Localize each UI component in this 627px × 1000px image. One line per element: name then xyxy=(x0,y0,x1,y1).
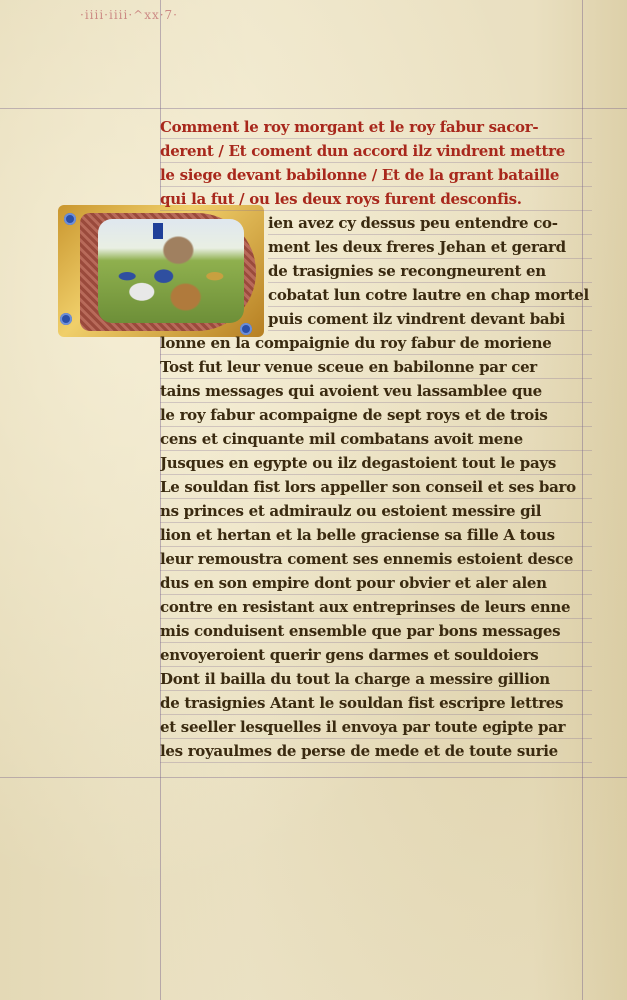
battle-scene-image xyxy=(98,219,244,323)
rubric-line: le siege devant babilonne / Et de la gra… xyxy=(160,164,592,188)
text-line: dus en son empire dont pour obvier et al… xyxy=(160,572,592,596)
rubric-line: Comment le roy morgant et le roy fabur s… xyxy=(160,116,592,140)
text-line: Jusques en egypte ou ilz degastoient tou… xyxy=(160,452,592,476)
text-line: envoyeroient querir gens darmes et sould… xyxy=(160,644,592,668)
text-line: lonne en la compaignie du roy fabur de m… xyxy=(160,332,592,356)
text-line: cens et cinquante mil combatans avoit me… xyxy=(160,428,592,452)
top-margin-rule xyxy=(0,108,627,109)
bottom-margin-rule xyxy=(0,777,627,778)
text-line: contre en resistant aux entreprinses de … xyxy=(160,596,592,620)
text-line: ien avez cy dessus peu entendre co- xyxy=(268,212,592,236)
text-line: mis conduisent ensemble que par bons mes… xyxy=(160,620,592,644)
text-line: le roy fabur acompaigne de sept roys et … xyxy=(160,404,592,428)
text-line: leur remoustra coment ses ennemis estoie… xyxy=(160,548,592,572)
text-line: tains messages qui avoient veu lassamble… xyxy=(160,380,592,404)
floral-ornament-icon xyxy=(60,313,72,325)
text-line: de trasignies Atant le souldan fist escr… xyxy=(160,692,592,716)
text-line: cobatat lun cotre lautre en chap mortel … xyxy=(268,284,592,308)
floral-ornament-icon xyxy=(64,213,76,225)
text-line: ment les deux freres Jehan et gerard xyxy=(268,236,592,260)
text-line: puis coment ilz vindrent devant babi xyxy=(268,308,592,332)
banner-icon xyxy=(153,223,163,239)
text-line: les royaulmes de perse de mede et de tou… xyxy=(160,740,592,764)
text-line: Dont il bailla du tout la charge a messi… xyxy=(160,668,592,692)
text-line: de trasignies se recongneurent en xyxy=(268,260,592,284)
text-line: Tost fut leur venue sceue en babilonne p… xyxy=(160,356,592,380)
text-line: et seeller lesquelles il envoya par tout… xyxy=(160,716,592,740)
text-line: Le souldan fist lors appeller son consei… xyxy=(160,476,592,500)
text-line: ns princes et admiraulz ou estoient mess… xyxy=(160,500,592,524)
rubric-line: derent / Et coment dun accord ilz vindre… xyxy=(160,140,592,164)
historiated-initial-miniature: D xyxy=(58,205,264,337)
rubric-line: qui la fut / ou les deux roys furent des… xyxy=(160,188,592,212)
folio-number: ·iiii·iiii·^xx·7· xyxy=(80,8,178,22)
text-line: lion et hertan et la belle graciense sa … xyxy=(160,524,592,548)
